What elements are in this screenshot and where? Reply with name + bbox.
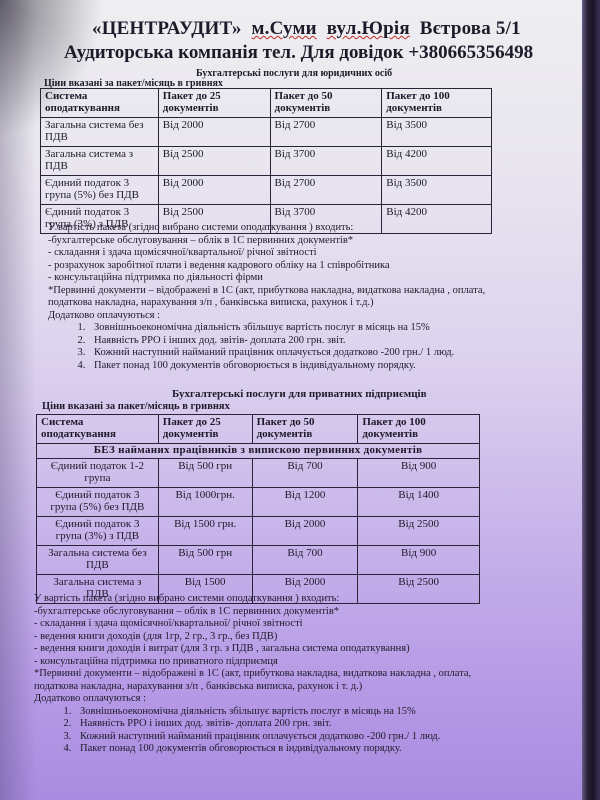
tax-system-cell: Єдиний податок 1-2 група [37,459,159,488]
price-cell: Від 2500 [358,517,480,546]
extras-item: Наявність РРО і інших дод. звітів- допла… [74,718,471,731]
price-cell: Від 1400 [358,488,480,517]
legal-terms: У вартість пакета (згідно вибрано систем… [48,222,485,372]
header-cell: Пакет до 50 документів [252,415,358,444]
price-cell: Від 2000 [158,176,270,205]
band-cell: БЕЗ найманих працівників з випискою перв… [37,444,480,459]
private-price-caption: Ціни вказані за пакет/місяць в гривнях [42,401,230,412]
header-cell: Пакет до 100 документів [358,415,480,444]
header-cell: Система оподаткування [41,89,159,118]
price-cell: Від 1500 грн. [158,517,252,546]
extras-item: Наявність РРО і інших дод. звітів- допла… [88,335,485,348]
tax-system-cell: Загальна система з ПДВ [41,147,159,176]
tax-system-cell: Загальна система без ПДВ [37,546,159,575]
extras-item: Кожний наступний найманий працівник опла… [74,731,471,744]
table-row: Загальна система без ПДВ Від 2000 Від 27… [41,118,492,147]
tax-system-cell: Єдиний податок 3 група (5%) без ПДВ [41,176,159,205]
price-cell: Від 4200 [382,147,492,176]
footnote: *Первинні документи – відображені в 1С (… [48,285,485,298]
monitor-bezel [582,0,600,800]
includes-item: -бухгалтерське обслуговування – облік в … [34,606,471,619]
table-row: Єдиний податок 3 група (5%) без ПДВ Від … [41,176,492,205]
header-cell: Пакет до 25 документів [158,89,270,118]
price-cell: Від 500 грн [158,459,252,488]
tax-system-cell: Єдиний податок 3 група (5%) без ПДВ [37,488,159,517]
extras-item: Кожний наступний найманий працівник опла… [88,347,485,360]
extras-item: Пакет понад 100 документів обговорюється… [74,743,471,756]
footnote: податкова накладна, нарахування з/п , ба… [34,681,471,694]
includes-item: - ведення книги доходів (для 1гр, 2 гр.,… [34,631,471,644]
price-cell: Від 3500 [382,176,492,205]
table-header-row: Система оподаткування Пакет до 25 докуме… [41,89,492,118]
includes-item: -бухгалтерське обслуговування – облік в … [48,235,485,248]
price-cell: Від 2000 [158,118,270,147]
table-row: Загальна система без ПДВ Від 500 грн Від… [37,546,480,575]
extras-title: Додатково оплачуються : [34,693,471,706]
header-line-1: «ЦЕНТРАУДИТ» м.Суми вул.Юрія Вєтрова 5/1 [92,18,521,40]
includes-title: У вартість пакета (згідно вибрано систем… [48,222,485,235]
price-cell: Від 2500 [158,147,270,176]
extras-item: Зовнішньоекономічна діяльність збільшує … [74,706,471,719]
price-cell: Від 500 грн [158,546,252,575]
includes-item: - ведення книги доходів і витрат (для 3 … [34,643,471,656]
document-page: «ЦЕНТРАУДИТ» м.Суми вул.Юрія Вєтрова 5/1… [0,0,582,800]
extras-item: Зовнішньоекономічна діяльність збільшує … [88,322,485,335]
price-cell: Від 700 [252,546,358,575]
footnote: *Первинні документи – відображені в 1С (… [34,668,471,681]
price-cell: Від 2700 [270,176,382,205]
price-cell: Від 900 [358,459,480,488]
city: м.Суми [252,18,317,39]
price-cell: Від 1000грн. [158,488,252,517]
table-row: Єдиний податок 3 група (5%) без ПДВ Від … [37,488,480,517]
header-cell: Пакет до 100 документів [382,89,492,118]
includes-item: - складання і здача щомісячної/квартальн… [48,247,485,260]
price-cell: Від 2700 [270,118,382,147]
includes-item: - консультаційна підтримка по діяльності… [48,272,485,285]
table-row: Єдиний податок 3 група (3%) з ПДВ Від 15… [37,517,480,546]
private-price-table: Система оподаткування Пакет до 25 докуме… [36,414,480,604]
legal-section-title: Бухгалтерські послуги для юридичних осіб [196,68,392,79]
includes-item: - консультаційна підтримка по приватного… [34,656,471,669]
header-cell: Система оподаткування [37,415,159,444]
includes-title: У вартість пакета (згідно вибрано систем… [34,593,471,606]
price-cell: Від 900 [358,546,480,575]
header-cell: Пакет до 25 документів [158,415,252,444]
extras-title: Додатково оплачуються : [48,310,485,323]
legal-price-table: Система оподаткування Пакет до 25 докуме… [40,88,492,234]
table-row: Єдиний податок 1-2 група Від 500 грн Від… [37,459,480,488]
table-row: Загальна система з ПДВ Від 2500 Від 3700… [41,147,492,176]
includes-item: - розрахунок заробітної плати і ведення … [48,260,485,273]
address-rest: Вєтрова 5/1 [420,18,521,39]
price-cell: Від 1200 [252,488,358,517]
footnote: податкова накладна, нарахування з/п , ба… [48,297,485,310]
price-cell: Від 700 [252,459,358,488]
extras-item: Пакет понад 100 документів обговорюється… [88,360,485,373]
company-name: «ЦЕНТРАУДИТ» [92,18,242,39]
private-terms: У вартість пакета (згідно вибрано систем… [34,593,471,756]
extras-list: Зовнішньоекономічна діяльність збільшує … [48,322,485,372]
header-cell: Пакет до 50 документів [270,89,382,118]
price-cell: Від 3700 [270,147,382,176]
private-section-title: Бухгалтерські послуги для приватних підп… [172,388,427,400]
price-cell: Від 2000 [252,517,358,546]
tax-system-cell: Єдиний податок 3 група (3%) з ПДВ [37,517,159,546]
table-header-row: Система оподаткування Пакет до 25 докуме… [37,415,480,444]
tax-system-cell: Загальна система без ПДВ [41,118,159,147]
includes-item: - складання і здача щомісячної/квартальн… [34,618,471,631]
street: вул.Юрія [327,18,410,39]
table-band-row: БЕЗ найманих працівників з випискою перв… [37,444,480,459]
extras-list: Зовнішньоекономічна діяльність збільшує … [34,706,471,756]
price-cell: Від 3500 [382,118,492,147]
header-line-2: Аудиторська компанія тел. Для довідок +3… [64,42,533,64]
